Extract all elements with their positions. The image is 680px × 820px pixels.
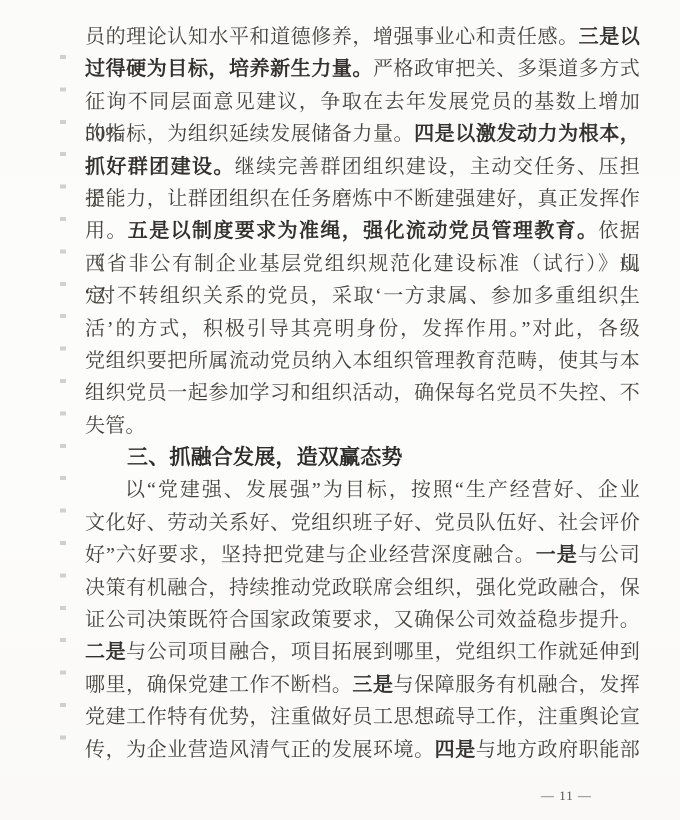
text-run: 组织党员一起参加学习和组织活动，确保每名党员不失控、不 bbox=[85, 382, 640, 404]
text-run: 与地方政府职能部 bbox=[476, 739, 640, 761]
emphasized-text-run: 四是以激发动力为根本， bbox=[414, 123, 640, 145]
text-run: 决策有机融合，持续推动党政联席会组织，强化党政融合，保 bbox=[85, 577, 640, 599]
document-body: 员的理论认知水平和道德修养，增强事业心和责任感。三是以过得硬为目标，培养新生力量… bbox=[85, 21, 640, 766]
text-line: 好”六好要求，坚持把党建与企业经营深度融合。一是与公司 bbox=[85, 539, 640, 571]
emphasized-text-run: 三是 bbox=[352, 674, 393, 696]
text-line: 过得硬为目标，培养新生力量。严格政审把关、多渠道多方式 bbox=[85, 53, 640, 85]
text-line: 决策有机融合，持续推动党政联席会组织，强化党政融合，保 bbox=[85, 572, 640, 604]
text-run: 党组织要把所属流动党员纳入本组织管理教育范畴，使其与本 bbox=[85, 350, 640, 372]
text-line: 传，为企业营造风清气正的发展环境。四是与地方政府职能部 bbox=[85, 734, 640, 766]
text-line: 西省非公有制企业基层党组织规范化建设标准（试行）》规定， bbox=[85, 248, 640, 280]
text-run: 以“党建强、发展强”为目标，按照“生产经营好、企业 bbox=[125, 479, 640, 501]
text-line: 二是与公司项目融合，项目拓展到哪里，党组织工作就延伸到 bbox=[85, 636, 640, 668]
text-line: 证公司决策既符合国家政策要求，又确保公司效益稳步提升。 bbox=[85, 604, 640, 636]
emphasized-text-run: 一是 bbox=[536, 544, 578, 566]
text-run: 的指标，为组织延续发展储备力量。 bbox=[85, 123, 414, 145]
text-run: 活’的方式，积极引导其亮明身份，发挥作用。”对此，各级 bbox=[85, 318, 640, 340]
text-line: 失管。 bbox=[85, 410, 640, 442]
emphasized-text-run: 抓好群团建设。 bbox=[85, 156, 235, 178]
text-line: 以“党建强、发展强”为目标，按照“生产经营好、企业 bbox=[85, 474, 640, 506]
text-line: “对不转组织关系的党员，采取‘一方隶属、参加多重组织生 bbox=[85, 280, 640, 312]
text-run: 哪里，确保党建工作不断档。 bbox=[85, 674, 352, 696]
text-run: 提能力，让群团组织在任务磨炼中不断建强建好，真正发挥作 bbox=[85, 188, 640, 210]
text-run: 严格政审把关、多渠道多方式 bbox=[373, 58, 640, 80]
text-line: 组织党员一起参加学习和组织活动，确保每名党员不失控、不 bbox=[85, 377, 640, 409]
scanned-document-page: 员的理论认知水平和道德修养，增强事业心和责任感。三是以过得硬为目标，培养新生力量… bbox=[0, 0, 680, 820]
text-line: 党建工作特有优势，注重做好员工思想疏导工作，注重舆论宣 bbox=[85, 701, 640, 733]
text-run: 文化好、劳动关系好、党组织班子好、党员队伍好、社会评价 bbox=[85, 512, 640, 534]
text-run: 证公司决策既符合国家政策要求，又确保公司效益稳步提升。 bbox=[85, 609, 640, 631]
text-line: 提能力，让群团组织在任务磨炼中不断建强建好，真正发挥作 bbox=[85, 183, 640, 215]
text-line: 员的理论认知水平和道德修养，增强事业心和责任感。三是以 bbox=[85, 21, 640, 53]
text-line: 文化好、劳动关系好、党组织班子好、党员队伍好、社会评价 bbox=[85, 507, 640, 539]
text-line: 抓好群团建设。继续完善群团组织建设，主动交任务、压担子、 bbox=[85, 151, 640, 183]
text-run: 好”六好要求，坚持把党建与企业经营深度融合。 bbox=[85, 544, 536, 566]
emphasized-text-run: 五是以制度要求为准绳，强化流动党员管理教育。 bbox=[128, 220, 599, 242]
text-line: 活’的方式，积极引导其亮明身份，发挥作用。”对此，各级 bbox=[85, 313, 640, 345]
page-number: — 11 — bbox=[541, 788, 592, 804]
emphasized-text-run: 过得硬为目标，培养新生力量。 bbox=[85, 58, 373, 80]
text-run: 与保障服务有机融合，发挥 bbox=[394, 674, 640, 696]
text-line: 的指标，为组织延续发展储备力量。四是以激发动力为根本， bbox=[85, 118, 640, 150]
text-run: 三、抓融合发展，造双赢态势 bbox=[127, 446, 403, 469]
text-run: 失管。 bbox=[85, 415, 146, 437]
emphasized-text-run: 三是以 bbox=[579, 26, 640, 48]
text-run: 与公司 bbox=[578, 544, 640, 566]
text-line: 征询不同层面意见建议，争取在去年发展党员的基数上增加 50% bbox=[85, 86, 640, 118]
emphasized-text-run: 四是 bbox=[435, 739, 476, 761]
emphasized-text-run: 二是 bbox=[85, 641, 126, 663]
text-line: 哪里，确保党建工作不断档。三是与保障服务有机融合，发挥 bbox=[85, 669, 640, 701]
section-heading: 三、抓融合发展，造双赢态势 bbox=[85, 442, 640, 474]
text-run: 与公司项目融合，项目拓展到哪里，党组织工作就延伸到 bbox=[126, 641, 640, 663]
text-run: “对不转组织关系的党员，采取‘一方隶属、参加多重组织生 bbox=[85, 285, 640, 307]
text-run: 用。 bbox=[85, 220, 128, 242]
text-run: 传，为企业营造风清气正的发展环境。 bbox=[85, 739, 435, 761]
scan-artifact-gutter bbox=[60, 34, 66, 746]
text-line: 用。五是以制度要求为准绳，强化流动党员管理教育。依据《山 bbox=[85, 215, 640, 247]
text-run: 员的理论认知水平和道德修养，增强事业心和责任感。 bbox=[85, 26, 579, 48]
text-run: 党建工作特有优势，注重做好员工思想疏导工作，注重舆论宣 bbox=[85, 706, 640, 728]
text-line: 党组织要把所属流动党员纳入本组织管理教育范畴，使其与本 bbox=[85, 345, 640, 377]
